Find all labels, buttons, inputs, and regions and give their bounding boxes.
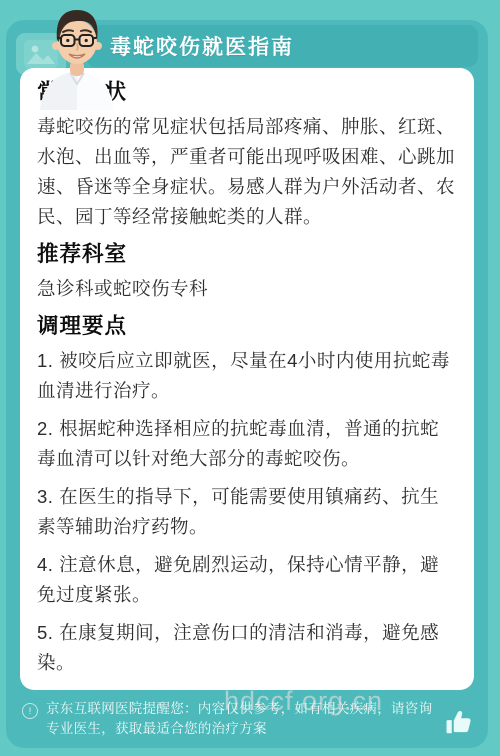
doctor-avatar [30,4,124,110]
disclaimer-text: 京东互联网医院提醒您：内容仅供参考，如有相关疾病，请咨询专业医生，获取最适合您的… [46,699,438,739]
care-point-item: 1. 被咬后应立即就医，尽量在4小时内使用抗蛇毒血清进行治疗。 [37,346,457,406]
care-point-item: 5. 在康复期间，注意伤口的清洁和消毒，避免感染。 [37,618,457,678]
symptoms-paragraph: 毒蛇咬伤的常见症状包括局部疼痛、肿胀、红斑、水泡、出血等，严重者可能出现呼吸困难… [37,112,457,232]
section-heading-care-points: 调理要点 [37,312,457,340]
main-panel: 毒蛇咬伤就医指南 [6,20,488,748]
section-heading-department: 推荐科室 [37,240,457,268]
care-point-item: 2. 根据蛇种选择相应的抗蛇毒血清，普通的抗蛇毒血清可以针对绝大部分的毒蛇咬伤。 [37,414,457,474]
title-badge: 毒蛇咬伤就医指南 [86,25,478,67]
page-background: { "header": { "title": "毒蛇咬伤就医指南" }, "se… [0,0,500,756]
care-point-item: 3. 在医生的指导下，可能需要使用镇痛药、抗生素等辅助治疗药物。 [37,482,457,542]
department-paragraph: 急诊科或蛇咬伤专科 [37,274,457,304]
care-point-item: 4. 注意休息，避免剧烈运动，保持心情平静，避免过度紧张。 [37,550,457,610]
thumbs-up-icon[interactable] [444,707,474,737]
footer-bar: ! 京东互联网医院提醒您：内容仅供参考，如有相关疾病，请咨询专业医生，获取最适合… [6,690,488,748]
content-card: 常见症状 毒蛇咬伤的常见症状包括局部疼痛、肿胀、红斑、水泡、出血等，严重者可能出… [20,68,474,690]
header-bar: 毒蛇咬伤就医指南 [6,20,488,68]
info-circle-icon: ! [22,703,38,719]
